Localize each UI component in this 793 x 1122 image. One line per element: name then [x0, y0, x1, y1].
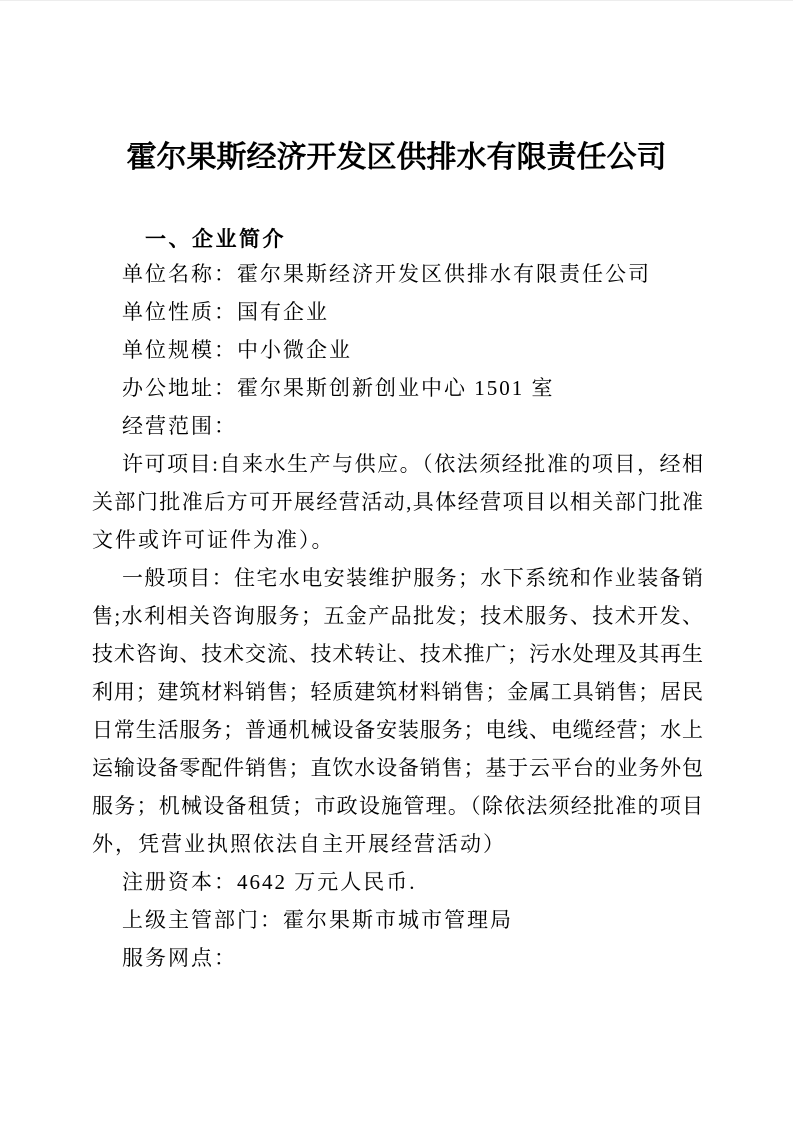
document-body: 单位名称：霍尔果斯经济开发区供排水有限责任公司单位性质：国有企业单位规模：中小微… [92, 255, 703, 977]
text-line: 上级主管部门：霍尔果斯市城市管理局 [92, 901, 703, 939]
text-line: 外，凭营业执照依法自主开展经营活动） [92, 825, 703, 863]
document-title: 霍尔果斯经济开发区供排水有限责任公司 [0, 137, 793, 179]
text-line: 办公地址：霍尔果斯创新创业中心 1501 室 [92, 369, 703, 407]
text-line: 一般项目：住宅水电安装维护服务；水下系统和作业装备销 [92, 559, 703, 597]
text-line: 单位规模：中小微企业 [92, 331, 703, 369]
text-line: 利用；建筑材料销售；轻质建筑材料销售；金属工具销售；居民 [92, 673, 703, 711]
text-line: 运输设备零配件销售；直饮水设备销售；基于云平台的业务外包 [92, 749, 703, 787]
text-line: 经营范围： [92, 407, 703, 445]
text-line: 注册资本：4642 万元人民币. [92, 863, 703, 901]
text-line: 日常生活服务；普通机械设备安装服务；电线、电缆经营；水上 [92, 711, 703, 749]
text-line: 服务；机械设备租赁；市政设施管理。（除依法须经批准的项目 [92, 787, 703, 825]
text-line: 单位名称：霍尔果斯经济开发区供排水有限责任公司 [92, 255, 703, 293]
document-page: 霍尔果斯经济开发区供排水有限责任公司 一、企业简介 单位名称：霍尔果斯经济开发区… [0, 0, 793, 1122]
text-line: 关部门批准后方可开展经营活动,具体经营项目以相关部门批准 [92, 483, 703, 521]
text-line: 许可项目:自来水生产与供应。（依法须经批准的项目，经相 [92, 445, 703, 483]
text-line: 文件或许可证件为准）。 [92, 521, 703, 559]
text-line: 单位性质：国有企业 [92, 293, 703, 331]
text-line: 技术咨询、技术交流、技术转让、技术推广；污水处理及其再生 [92, 635, 703, 673]
text-line: 售;水利相关咨询服务；五金产品批发；技术服务、技术开发、 [92, 597, 703, 635]
text-line: 服务网点： [92, 939, 703, 977]
section-heading: 一、企业简介 [145, 227, 286, 253]
